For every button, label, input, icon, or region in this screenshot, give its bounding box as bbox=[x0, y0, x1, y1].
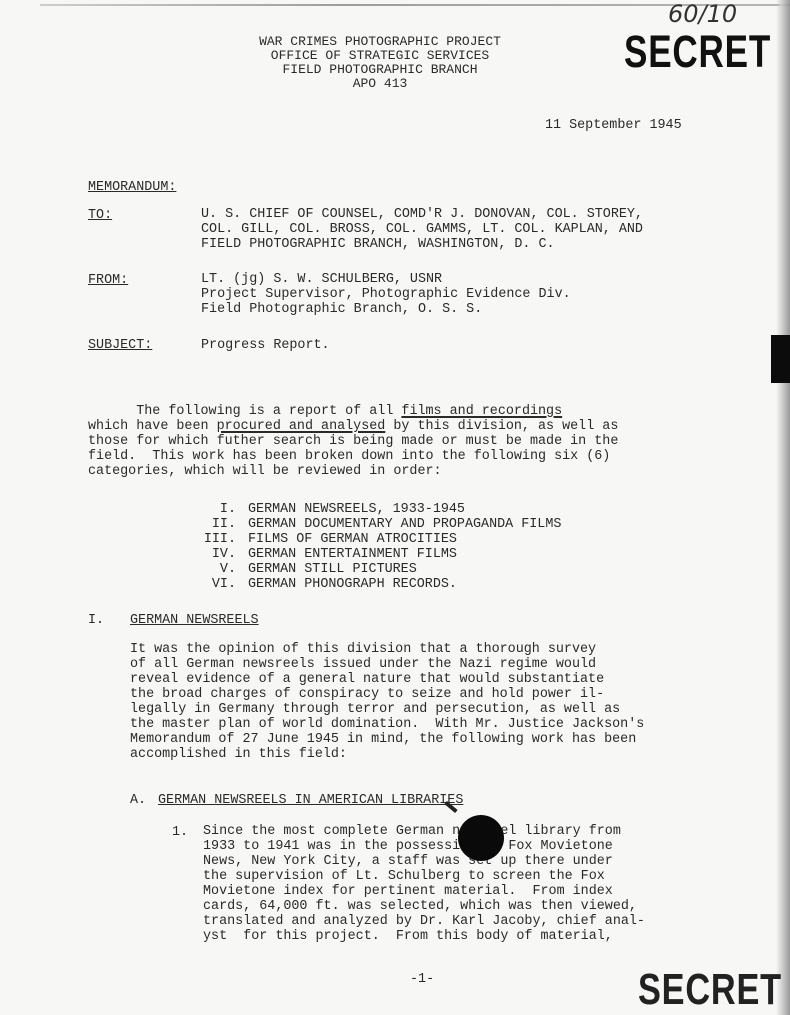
paragraph-line: the broad charges of conspiracy to seize… bbox=[130, 688, 604, 703]
paragraph-line: legally in Germany through terror and pe… bbox=[130, 703, 620, 718]
letterhead-line-2: OFFICE OF STRATEGIC SERVICES bbox=[0, 49, 760, 63]
item-number: 1. bbox=[172, 825, 188, 840]
from-label: FROM: bbox=[88, 273, 128, 288]
letterhead-line-3: FIELD PHOTOGRAPHIC BRANCH bbox=[0, 63, 760, 77]
underlined-phrase: procured and analysed bbox=[217, 419, 386, 434]
paragraph-line: It was the opinion of this division that… bbox=[130, 643, 596, 658]
category-item: GERMAN NEWSREELS, 1933-1945 bbox=[248, 503, 465, 518]
category-num: I. bbox=[203, 503, 236, 518]
paragraph-line: Since the most complete German newsreel … bbox=[203, 825, 621, 840]
memorandum-label: MEMORANDUM: bbox=[88, 180, 176, 195]
category-item: FILMS OF GERMAN ATROCITIES bbox=[248, 533, 457, 548]
to-line-2: COL. GILL, COL. BROSS, COL. GAMMS, LT. C… bbox=[201, 223, 643, 238]
category-item: GERMAN ENTERTAINMENT FILMS bbox=[248, 548, 457, 563]
paragraph-line: the supervision of Lt. Schulberg to scre… bbox=[203, 870, 605, 885]
paragraph-line: News, New York City, a staff was set up … bbox=[203, 855, 613, 870]
to-line-3: FIELD PHOTOGRAPHIC BRANCH, WASHINGTON, D… bbox=[201, 238, 555, 253]
secret-stamp-bottom: SECRET bbox=[638, 965, 782, 1015]
category-num: V. bbox=[203, 563, 236, 578]
intro-line-4: field. This work has been broken down in… bbox=[88, 450, 610, 465]
memo-date: 11 September 1945 bbox=[545, 118, 682, 133]
intro-text: by this division, as well as bbox=[385, 419, 618, 434]
ink-blot bbox=[458, 815, 504, 861]
subject-text: Progress Report. bbox=[201, 338, 330, 353]
category-item: GERMAN PHONOGRAPH RECORDS. bbox=[248, 578, 457, 593]
paragraph-line: translated and analyzed by Dr. Karl Jaco… bbox=[203, 915, 645, 930]
from-line-1: LT. (jg) S. W. SCHULBERG, USNR bbox=[201, 273, 442, 288]
from-line-3: Field Photographic Branch, O. S. S. bbox=[201, 303, 482, 318]
category-num: VI. bbox=[203, 578, 236, 593]
paragraph-line: cards, 64,000 ft. was selected, which wa… bbox=[203, 900, 637, 915]
paragraph-line: 1933 to 1941 was in the possession of Fo… bbox=[203, 840, 613, 855]
subsection-number: A. bbox=[130, 793, 146, 808]
paragraph-line: Movietone index for pertinent material. … bbox=[203, 885, 613, 900]
category-num: IV. bbox=[203, 548, 236, 563]
paragraph-line: reveal evidence of a general nature that… bbox=[130, 673, 604, 688]
subsection-title: GERMAN NEWSREELS IN AMERICAN LIBRARIES bbox=[158, 793, 463, 808]
category-num: II. bbox=[203, 518, 236, 533]
document-page: 60/10 SECRET WAR CRIMES PHOTOGRAPHIC PRO… bbox=[0, 0, 790, 1015]
intro-line-2: which have been procured and analysed by… bbox=[88, 420, 618, 435]
to-label: TO: bbox=[88, 208, 112, 223]
intro-line-1: The following is a report of all films a… bbox=[88, 405, 562, 420]
category-item: GERMAN DOCUMENTARY AND PROPAGANDA FILMS bbox=[248, 518, 561, 533]
from-line-2: Project Supervisor, Photographic Evidenc… bbox=[201, 288, 571, 303]
intro-line-5: categories, which will be reviewed in or… bbox=[88, 465, 442, 480]
binder-tab bbox=[771, 335, 790, 383]
section-title: GERMAN NEWSREELS bbox=[130, 613, 259, 628]
letterhead-line-1: WAR CRIMES PHOTOGRAPHIC PROJECT bbox=[0, 35, 760, 49]
intro-line-3: those for which futher search is being m… bbox=[88, 435, 618, 450]
paragraph-line: accomplished in this field: bbox=[130, 748, 347, 763]
underlined-phrase: films and recordings bbox=[401, 404, 562, 419]
page-number: -1- bbox=[410, 972, 434, 987]
intro-text: The following is a report of all bbox=[88, 404, 401, 419]
page-edge-shadow bbox=[776, 0, 790, 1015]
handwritten-file-number: 60/10 bbox=[668, 0, 737, 28]
intro-text: which have been bbox=[88, 419, 217, 434]
category-item: GERMAN STILL PICTURES bbox=[248, 563, 417, 578]
category-num: III. bbox=[203, 533, 236, 548]
letterhead-line-4: APO 413 bbox=[0, 77, 760, 91]
paragraph-line: Memorandum of 27 June 1945 in mind, the … bbox=[130, 733, 636, 748]
paragraph-line: the master plan of world domination. Wit… bbox=[130, 718, 644, 733]
to-line-1: U. S. CHIEF OF COUNSEL, COMD'R J. DONOVA… bbox=[201, 208, 643, 223]
paragraph-line: yst for this project. From this body of … bbox=[203, 930, 613, 945]
paragraph-line: of all German newsreels issued under the… bbox=[130, 658, 596, 673]
section-number: I. bbox=[88, 613, 104, 628]
subject-label: SUBJECT: bbox=[88, 338, 152, 353]
